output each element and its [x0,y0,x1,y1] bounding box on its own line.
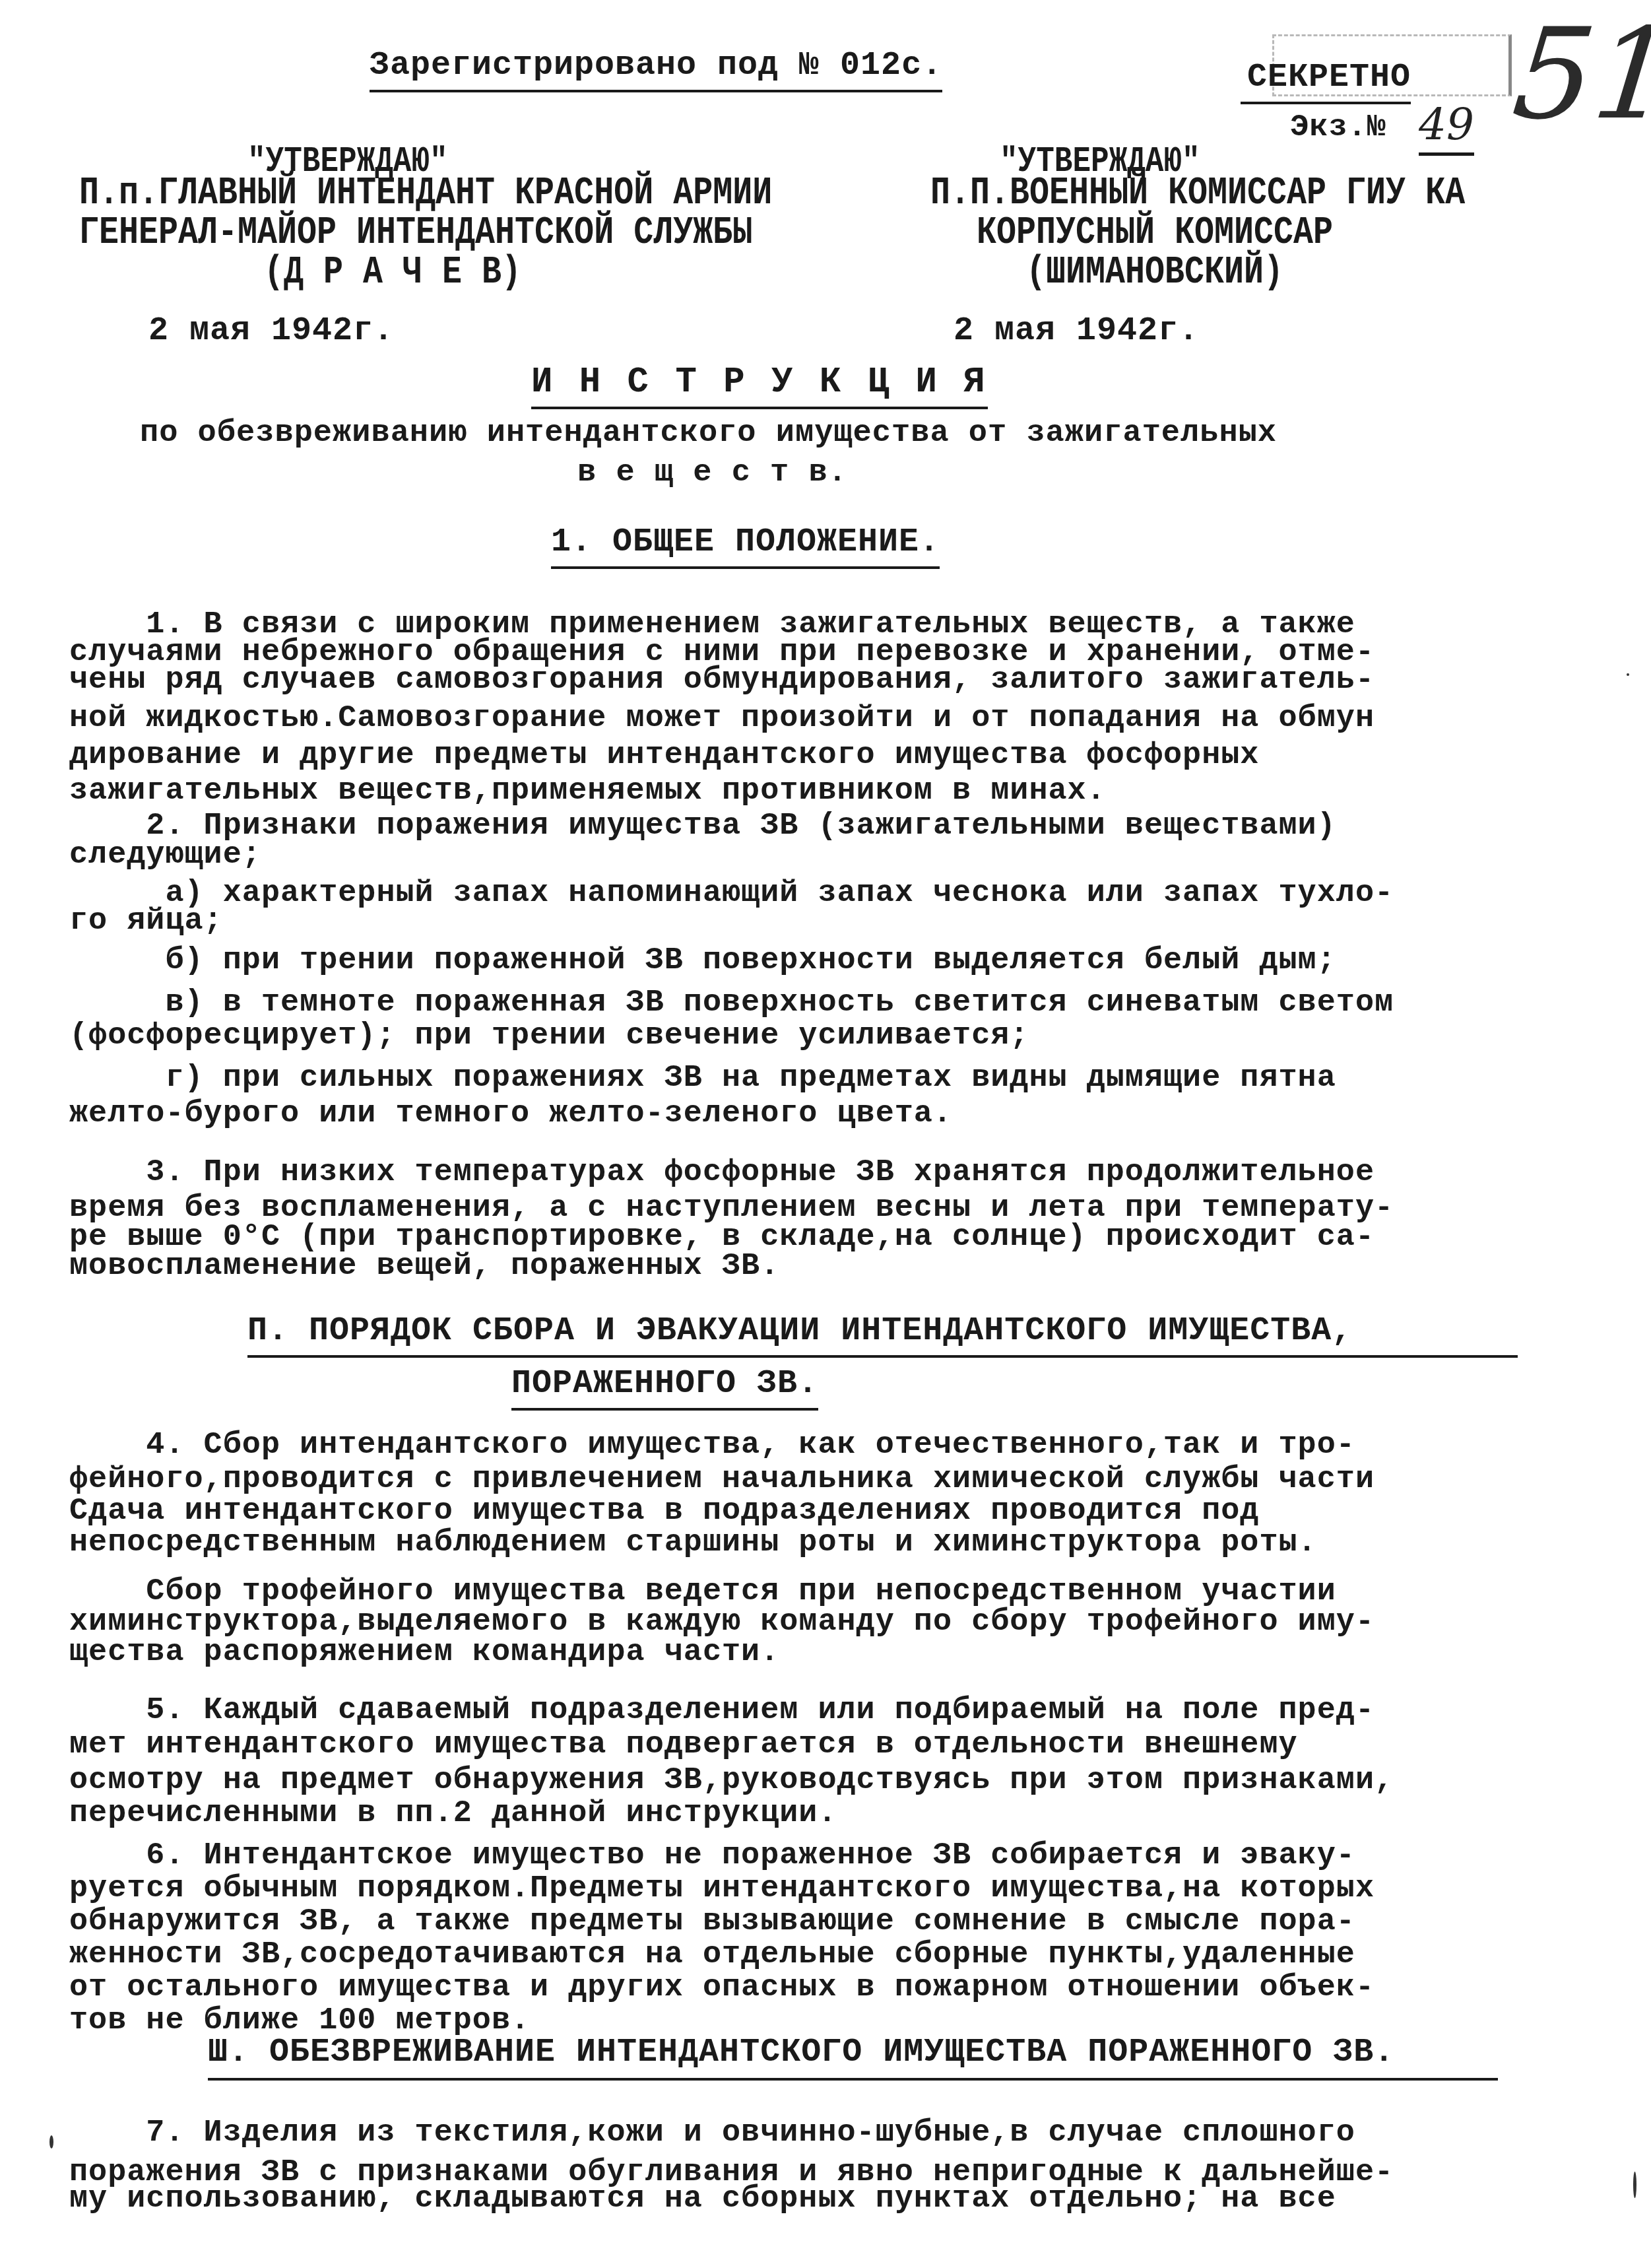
scan-speck [1627,673,1629,676]
section-heading: Ш. ОБЕЗВРЕЖИВАНИЕ ИНТЕНДАНТСКОГО ИМУЩЕСТ… [208,2032,1498,2081]
paragraph-line: 7. Изделия из текстиля,кожи и овчинно-шу… [69,2112,1581,2154]
paragraph: 2. Признаки поражения имущества ЗВ (зажи… [69,805,1587,1135]
approver-title-line: ГЕНЕРАЛ-МАЙОР ИНТЕНДАНТСКОЙ СЛУЖБЫ [79,213,752,255]
approval-date: 2 мая 1942г. [954,310,1199,352]
approver-name: (Д Р А Ч Е В) [264,252,521,294]
classification-label: СЕКРЕТНО [1241,57,1411,104]
paragraph-line: щества распоряжением командира части. [69,1632,1581,1674]
document-subtitle: по обезвреживанию интендантского имущест… [140,413,1277,455]
approver-title-line: П.п.ГЛАВНЫЙ ИНТЕНДАНТ КРАСНОЙ АРМИИ [79,173,772,215]
section-heading: 1. ОБЩЕЕ ПОЛОЖЕНИЕ. [551,521,940,569]
registration-number: Зарегистрировано под № 012с. [370,45,942,92]
paragraph: 4. Сбор интендантского имущества, как от… [69,1424,1587,1564]
paragraph-line: му использованию, складываются на сборны… [69,2178,1581,2220]
paragraph-line: ной жидкостью.Самовозгорание может произ… [69,698,1581,740]
section-heading: П. ПОРЯДОК СБОРА И ЭВАКУАЦИИ ИНТЕНДАНТСК… [247,1310,1518,1358]
paragraph-line: следующие; [69,834,1581,877]
approver-title-line: КОРПУСНЫЙ КОМИССАР [977,213,1333,255]
copy-number-label: Экз.№ [1290,107,1386,149]
paragraph: Сбор трофейного имущества ведется при не… [69,1571,1587,1674]
paragraph-line: б) при трении пораженной ЗВ поверхности … [69,940,1581,982]
paragraph: 7. Изделия из текстиля,кожи и овчинно-шу… [69,2112,1587,2220]
paragraph: 6. Интендантское имущество не пораженное… [69,1835,1587,2042]
document-title: И Н С Т Р У К Ц И Я [531,362,988,409]
copy-number: 49 [1419,99,1474,156]
paragraph-line: чены ряд случаев самовозгорания обмундир… [69,659,1581,702]
approver-name: (ШИМАНОВСКИЙ) [1026,252,1283,294]
paragraph-line: желто-бурого или темного желто-зеленого … [69,1093,1581,1135]
scan-speck [49,2135,53,2149]
paragraph-line: непосредственным наблюдением старшины ро… [69,1522,1581,1564]
paragraph-line: го яйца; [69,900,1581,943]
paragraph-line: перечисленными в пп.2 данной инструкции. [69,1793,1581,1835]
sheet-number: 51 [1508,12,1651,137]
scan-speck [1633,2172,1636,2198]
paragraph: 1. В связи с широким применением зажигат… [69,604,1587,813]
paragraph-line: (фосфоресцирует); при трении свечение ус… [69,1015,1581,1057]
paragraph: 3. При низких температурах фосфорные ЗВ … [69,1152,1587,1288]
approver-title-line: П.П.ВОЕННЫЙ КОМИССАР ГИУ КА [930,173,1465,215]
paragraph-line: мовоспламенение вещей, пораженных ЗВ. [69,1246,1581,1288]
section-heading-continued: ПОРАЖЕННОГО ЗВ. [511,1363,818,1411]
document-subtitle: в е щ е с т в. [577,452,847,494]
paragraph: 5. Каждый сдаваемый подразделением или п… [69,1690,1587,1835]
approval-date: 2 мая 1942г. [148,310,394,352]
